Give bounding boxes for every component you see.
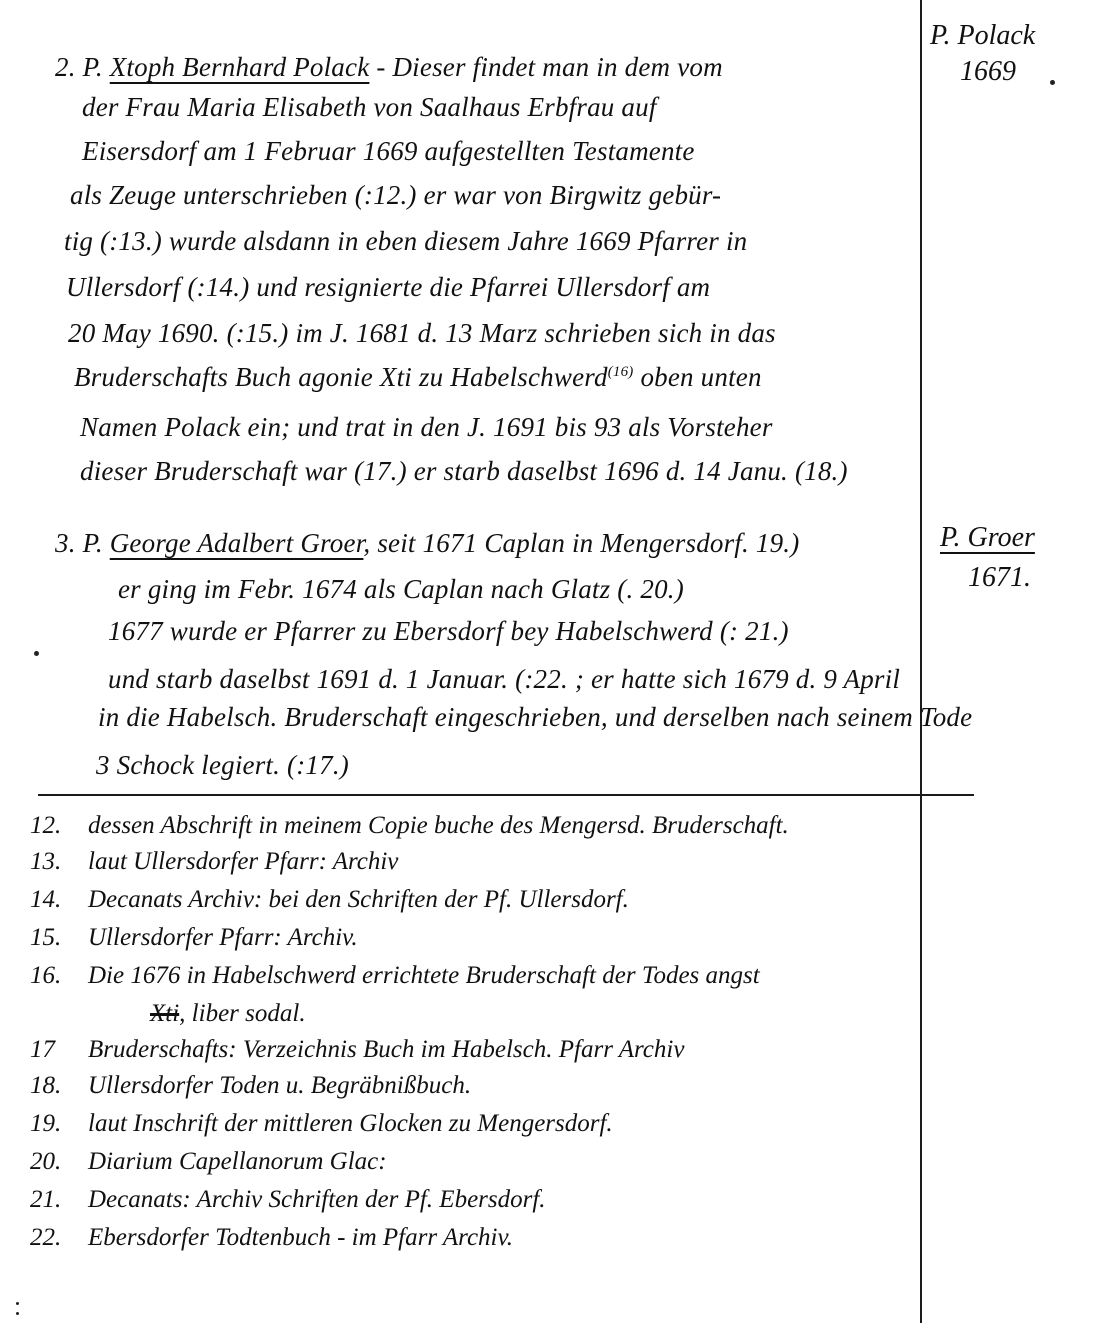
margin-note-polack-title: P. Polack xyxy=(930,20,1035,52)
ink-dot xyxy=(34,651,39,656)
footnote-item: 14.Decanats Archiv: bei den Schriften de… xyxy=(30,886,629,914)
entry-line: 20 May 1690. (:15.) im J. 1681 d. 13 Mar… xyxy=(68,318,776,349)
entry-line: in die Habelsch. Bruderschaft eingeschri… xyxy=(98,702,972,733)
footnote-number: 15. xyxy=(30,924,88,952)
entry-line: dieser Bruderschaft war (17.) er starb d… xyxy=(80,456,848,487)
entry-line-text: oben unten xyxy=(640,362,761,392)
footnote-number: 17 xyxy=(30,1036,88,1064)
footnote-text: Bruderschafts: Verzeichnis Buch im Habel… xyxy=(88,1036,684,1063)
footnote-number: 14. xyxy=(30,886,88,914)
footnote-text: Ullersdorfer Toden u. Begräbnißbuch. xyxy=(88,1072,471,1099)
margin-vertical-rule xyxy=(920,0,922,1323)
footnote-number: 22. xyxy=(30,1224,88,1252)
entry-line: er ging im Febr. 1674 als Caplan nach Gl… xyxy=(118,574,684,605)
footnote-text: laut Inschrift der mittleren Glocken zu … xyxy=(88,1110,613,1137)
entry-2-heading: 2. P. Xtoph Bernhard Polack - Dieser fin… xyxy=(55,52,723,83)
entry-line: , seit 1671 Caplan in Mengersdorf. 19.) xyxy=(363,528,799,558)
entry-line: der Frau Maria Elisabeth von Saalhaus Er… xyxy=(82,92,657,123)
footnote-item: 15.Ullersdorfer Pfarr: Archiv. xyxy=(30,924,358,952)
ink-dot xyxy=(16,1302,19,1305)
footnote-text: laut Ullersdorfer Pfarr: Archiv xyxy=(88,848,398,875)
entry-line: tig (:13.) wurde alsdann in eben diesem … xyxy=(64,226,747,257)
entry-line: als Zeuge unterschrieben (:12.) er war v… xyxy=(70,180,721,211)
entry-title: P. xyxy=(83,528,103,558)
footnote-continuation: Xti, liber sodal. xyxy=(150,1000,306,1028)
ink-dot xyxy=(1050,80,1055,85)
margin-note-groer-year: 1671. xyxy=(968,562,1031,594)
entry-line: 1677 wurde er Pfarrer zu Ebersdorf bey H… xyxy=(108,616,789,647)
footnote-number: 18. xyxy=(30,1072,88,1100)
margin-note-groer-name: P. Groer xyxy=(940,522,1035,553)
entry-line: Eisersdorf am 1 Februar 1669 aufgestellt… xyxy=(82,136,695,167)
footnote-item: 19.laut Inschrift der mittleren Glocken … xyxy=(30,1110,613,1138)
footnote-item: 17Bruderschafts: Verzeichnis Buch im Hab… xyxy=(30,1036,684,1064)
ink-dot xyxy=(16,1312,19,1315)
entry-number: 3. xyxy=(55,528,76,559)
footnote-item: 18.Ullersdorfer Toden u. Begräbnißbuch. xyxy=(30,1072,471,1100)
footnote-item: 13.laut Ullersdorfer Pfarr: Archiv xyxy=(30,848,398,876)
footnote-number: 19. xyxy=(30,1110,88,1138)
entry-line: Ullersdorf (:14.) und resignierte die Pf… xyxy=(66,272,710,303)
footnote-item: 16.Die 1676 in Habelschwerd errichtete B… xyxy=(30,962,760,990)
entry-name: George Adalbert Groer xyxy=(110,528,364,558)
footnote-number: 12. xyxy=(30,812,88,840)
footnote-item: 22.Ebersdorfer Todtenbuch - im Pfarr Arc… xyxy=(30,1224,513,1252)
manuscript-page: 2. P. Xtoph Bernhard Polack - Dieser fin… xyxy=(0,0,1096,1323)
entry-line: 3 Schock legiert. (:17.) xyxy=(96,750,349,781)
margin-note-groer-title: P. Groer xyxy=(940,522,1035,554)
entry-line: Bruderschafts Buch agonie Xti zu Habelsc… xyxy=(74,362,762,393)
footnote-divider xyxy=(38,794,974,796)
entry-line: und starb daselbst 1691 d. 1 Januar. (:2… xyxy=(108,664,900,695)
footnote-text: Decanats Archiv: bei den Schriften der P… xyxy=(88,886,629,913)
footnote-item: 20.Diarium Capellanorum Glac: xyxy=(30,1148,387,1176)
footnote-item: 21.Decanats: Archiv Schriften der Pf. Eb… xyxy=(30,1186,546,1214)
footnote-text: Ullersdorfer Pfarr: Archiv. xyxy=(88,924,358,951)
footnote-text: dessen Abschrift in meinem Copie buche d… xyxy=(88,812,789,839)
footnote-number: 13. xyxy=(30,848,88,876)
footnote-ref: (16) xyxy=(608,364,634,380)
entry-line: - Dieser findet man in dem vom xyxy=(376,52,722,82)
footnote-number: 20. xyxy=(30,1148,88,1176)
footnote-number: 16. xyxy=(30,962,88,990)
margin-note-polack-year: 1669 xyxy=(960,56,1016,88)
entry-3-heading: 3. P. George Adalbert Groer, seit 1671 C… xyxy=(55,528,799,559)
footnote-text: Die 1676 in Habelschwerd errichtete Brud… xyxy=(88,962,760,989)
struck-text: Xti xyxy=(150,1000,179,1027)
footnote-text: , liber sodal. xyxy=(179,1000,305,1027)
footnote-text: Ebersdorfer Todtenbuch - im Pfarr Archiv… xyxy=(88,1224,513,1251)
entry-line: Namen Polack ein; und trat in den J. 169… xyxy=(80,412,773,443)
footnote-text: Decanats: Archiv Schriften der Pf. Ebers… xyxy=(88,1186,546,1213)
footnote-number: 21. xyxy=(30,1186,88,1214)
footnote-item: 12.dessen Abschrift in meinem Copie buch… xyxy=(30,812,789,840)
entry-number: 2. xyxy=(55,52,76,83)
footnote-text: Diarium Capellanorum Glac: xyxy=(88,1148,387,1175)
entry-line-text: Bruderschafts Buch agonie Xti zu Habelsc… xyxy=(74,362,608,392)
entry-name: Xtoph Bernhard Polack xyxy=(110,52,370,82)
entry-title: P. xyxy=(83,52,103,82)
